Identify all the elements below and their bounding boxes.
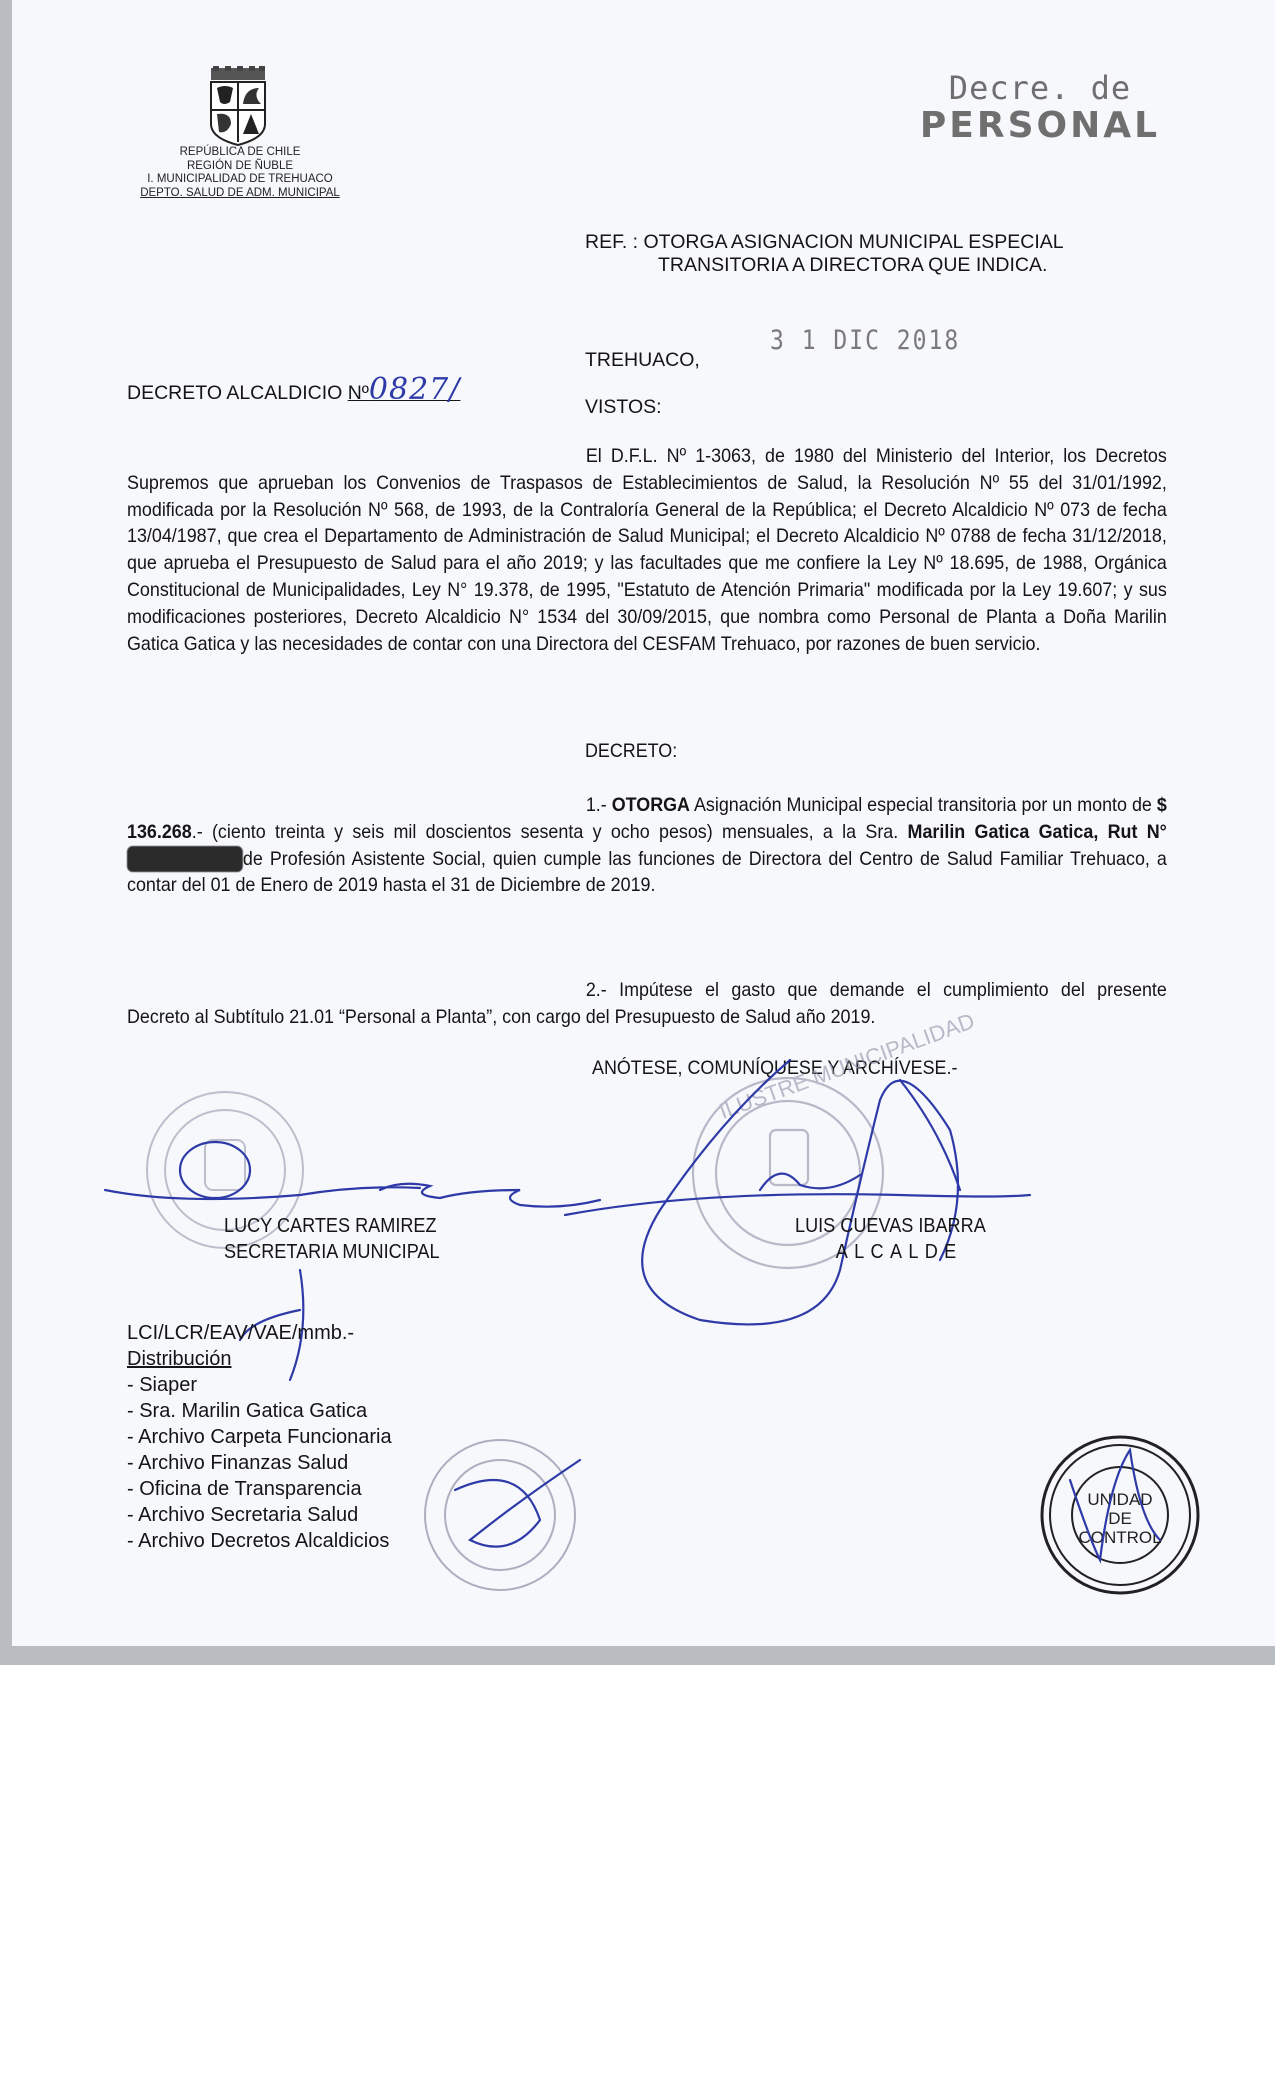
place-label: TREHUACO,: [585, 349, 700, 372]
distribution-item: - Archivo Decretos Alcaldicios: [127, 1528, 392, 1554]
distribution-item: - Sra. Marilin Gatica Gatica: [127, 1398, 392, 1424]
control-seal-icon: UNIDAD DE CONTROL: [1042, 1437, 1198, 1593]
article-1-number: 1.-: [586, 794, 612, 816]
reference-line-1: REF. : OTORGA ASIGNACION MUNICIPAL ESPEC…: [585, 231, 1064, 254]
vistos-text: El D.F.L. Nº 1-3063, de 1980 del Ministe…: [127, 445, 1167, 655]
svg-text:CONTROL: CONTROL: [1078, 1528, 1161, 1547]
article-2-text: 2.- Impútese el gasto que demande el cum…: [127, 979, 1167, 1028]
date-stamp: 3 1 DIC 2018: [770, 326, 960, 356]
juridico-seal-icon: [425, 1440, 575, 1590]
institution-line: I. MUNICIPALIDAD DE TREHUACO: [130, 173, 350, 187]
distribution-item: - Archivo Finanzas Salud: [127, 1450, 392, 1476]
blank-area: [0, 1665, 1275, 2100]
redacted-rut: 12.548.250-3,: [127, 846, 243, 873]
vistos-heading: VISTOS:: [585, 396, 662, 419]
article-1-text: .- (ciento treinta y seis mil doscientos…: [192, 821, 908, 843]
signatory-name: LUCY CARTES RAMIREZ: [224, 1213, 440, 1239]
svg-text:DE: DE: [1108, 1509, 1132, 1528]
personal-decree-stamp: Decre. de PERSONAL: [895, 70, 1185, 146]
svg-text:UNIDAD: UNIDAD: [1087, 1490, 1152, 1509]
coat-of-arms-icon: [203, 66, 273, 146]
number-prefix: Nº: [348, 382, 369, 404]
closing-formula: ANÓTESE, COMUNÍQUESE Y ARCHÍVESE.-: [592, 1057, 957, 1080]
vistos-paragraph: El D.F.L. Nº 1-3063, de 1980 del Ministe…: [127, 443, 1167, 657]
department-line: DEPTO. SALUD DE ADM. MUNICIPAL: [130, 187, 350, 201]
distribution-item: - Archivo Carpeta Funcionaria: [127, 1424, 392, 1450]
decree-label: DECRETO ALCALDICIO: [127, 382, 348, 404]
decreto-heading: DECRETO:: [585, 740, 677, 763]
signatory-alcalde: LUIS CUEVAS IBARRA ALCALDE: [795, 1213, 986, 1265]
article-2: 2.- Impútese el gasto que demande el cum…: [127, 977, 1167, 1031]
institution-header: REPÚBLICA DE CHILE REGIÓN DE ÑUBLE I. MU…: [130, 146, 350, 200]
article-1-text: de Profesión Asistente Social, quien cum…: [127, 848, 1167, 897]
distribution-block: LCI/LCR/EAV/VAE/mmb.- Distribución - Sia…: [127, 1320, 392, 1554]
institution-line: REPÚBLICA DE CHILE: [130, 146, 350, 160]
signatory-secretaria: LUCY CARTES RAMIREZ SECRETARIA MUNICIPAL: [224, 1213, 440, 1265]
distribution-item: - Archivo Secretaria Salud: [127, 1502, 392, 1528]
handwritten-number: 0827/: [369, 372, 460, 407]
distribution-item: - Siaper: [127, 1372, 392, 1398]
person-name: Marilin Gatica Gatica, Rut N°: [908, 821, 1167, 843]
article-1-verb: OTORGA: [612, 794, 690, 816]
article-1-text: Asignación Municipal especial transitori…: [690, 794, 1157, 816]
initials: LCI/LCR/EAV/VAE/mmb.-: [127, 1320, 392, 1346]
signatory-name: LUIS CUEVAS IBARRA: [795, 1213, 986, 1239]
reference-line-2: TRANSITORIA A DIRECTORA QUE INDICA.: [585, 254, 1064, 277]
article-1: 1.- OTORGA Asignación Municipal especial…: [127, 792, 1167, 899]
decree-document: REPÚBLICA DE CHILE REGIÓN DE ÑUBLE I. MU…: [0, 0, 1275, 1646]
decree-number: DECRETO ALCALDICIO Nº0827/: [127, 372, 460, 407]
distribution-item: - Oficina de Transparencia: [127, 1476, 392, 1502]
stamp-line-1: Decre. de: [895, 70, 1185, 106]
stamp-line-2: PERSONAL: [895, 106, 1185, 146]
institution-line: REGIÓN DE ÑUBLE: [130, 160, 350, 174]
signatory-role: SECRETARIA MUNICIPAL: [224, 1239, 440, 1265]
distribution-title: Distribución: [127, 1346, 392, 1372]
signatory-role: ALCALDE: [795, 1239, 986, 1265]
reference-block: REF. : OTORGA ASIGNACION MUNICIPAL ESPEC…: [585, 231, 1064, 277]
distribution-list: - Siaper - Sra. Marilin Gatica Gatica - …: [127, 1372, 392, 1554]
